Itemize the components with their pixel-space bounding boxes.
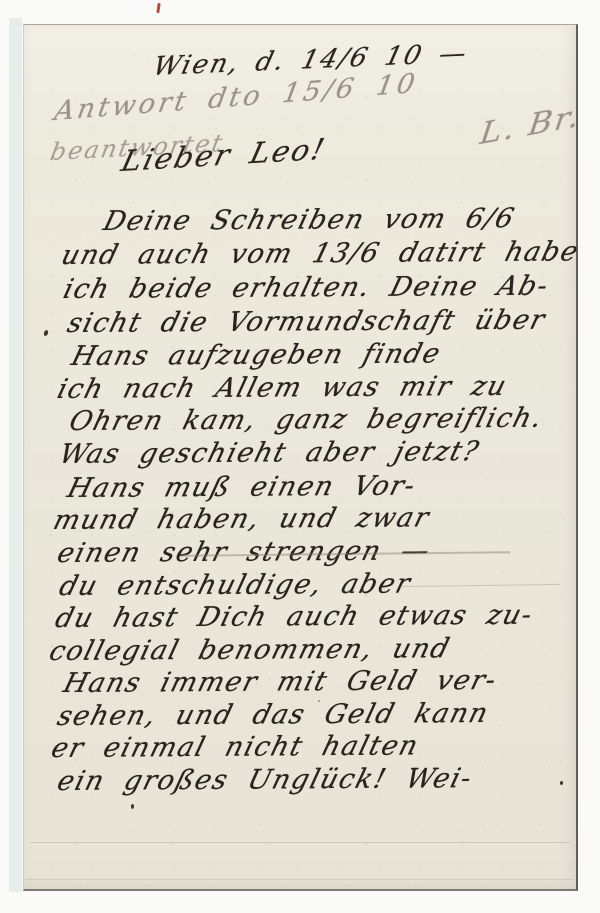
letter-line: ich nach Allem was mir zu: [54, 371, 511, 405]
letter-line: Ohren kam, ganz begreiflich.: [66, 403, 547, 437]
letter-line: Hans immer mit Geld ver-: [60, 665, 501, 699]
ink-speck: [560, 781, 563, 785]
ink-speck: [318, 700, 320, 702]
paper-crease: [25, 879, 573, 880]
letter-line: collegial benommen, und: [46, 633, 454, 667]
scanner-edge-strip: [9, 18, 22, 892]
letter-line: er einmal nicht halten: [48, 730, 422, 764]
letter-line: Hans aufzugeben finde: [68, 338, 445, 372]
letter-line: Deine Schreiben vom 6/6: [100, 203, 518, 237]
letter-line: Was geschieht aber jetzt?: [56, 436, 483, 470]
letter-line: mund haben, und zwar: [50, 502, 433, 536]
letter-line: du hast Dich auch etwas zu-: [52, 600, 537, 634]
letter-line: Hans muß einen Vor-: [64, 471, 420, 504]
letter-line: sicht die Vormundschaft über: [64, 305, 549, 339]
red-ink-mark: [156, 3, 160, 13]
letter-scan: Wien, d. 14/6 10 — Antwort dto 15/6 10 b…: [0, 0, 600, 913]
letter-line: ich beide erhalten. Deine Ab-: [60, 271, 552, 305]
ink-speck: [131, 804, 134, 809]
paper-crease: [30, 842, 570, 843]
letter-line: du entschuldige, aber: [56, 569, 415, 602]
letter-line: und auch vom 13/6 datirt habe: [58, 236, 583, 271]
letter-line: ein großes Unglück! Wei-: [54, 763, 476, 797]
letter-line: sehen, und das Geld kann: [54, 698, 492, 732]
